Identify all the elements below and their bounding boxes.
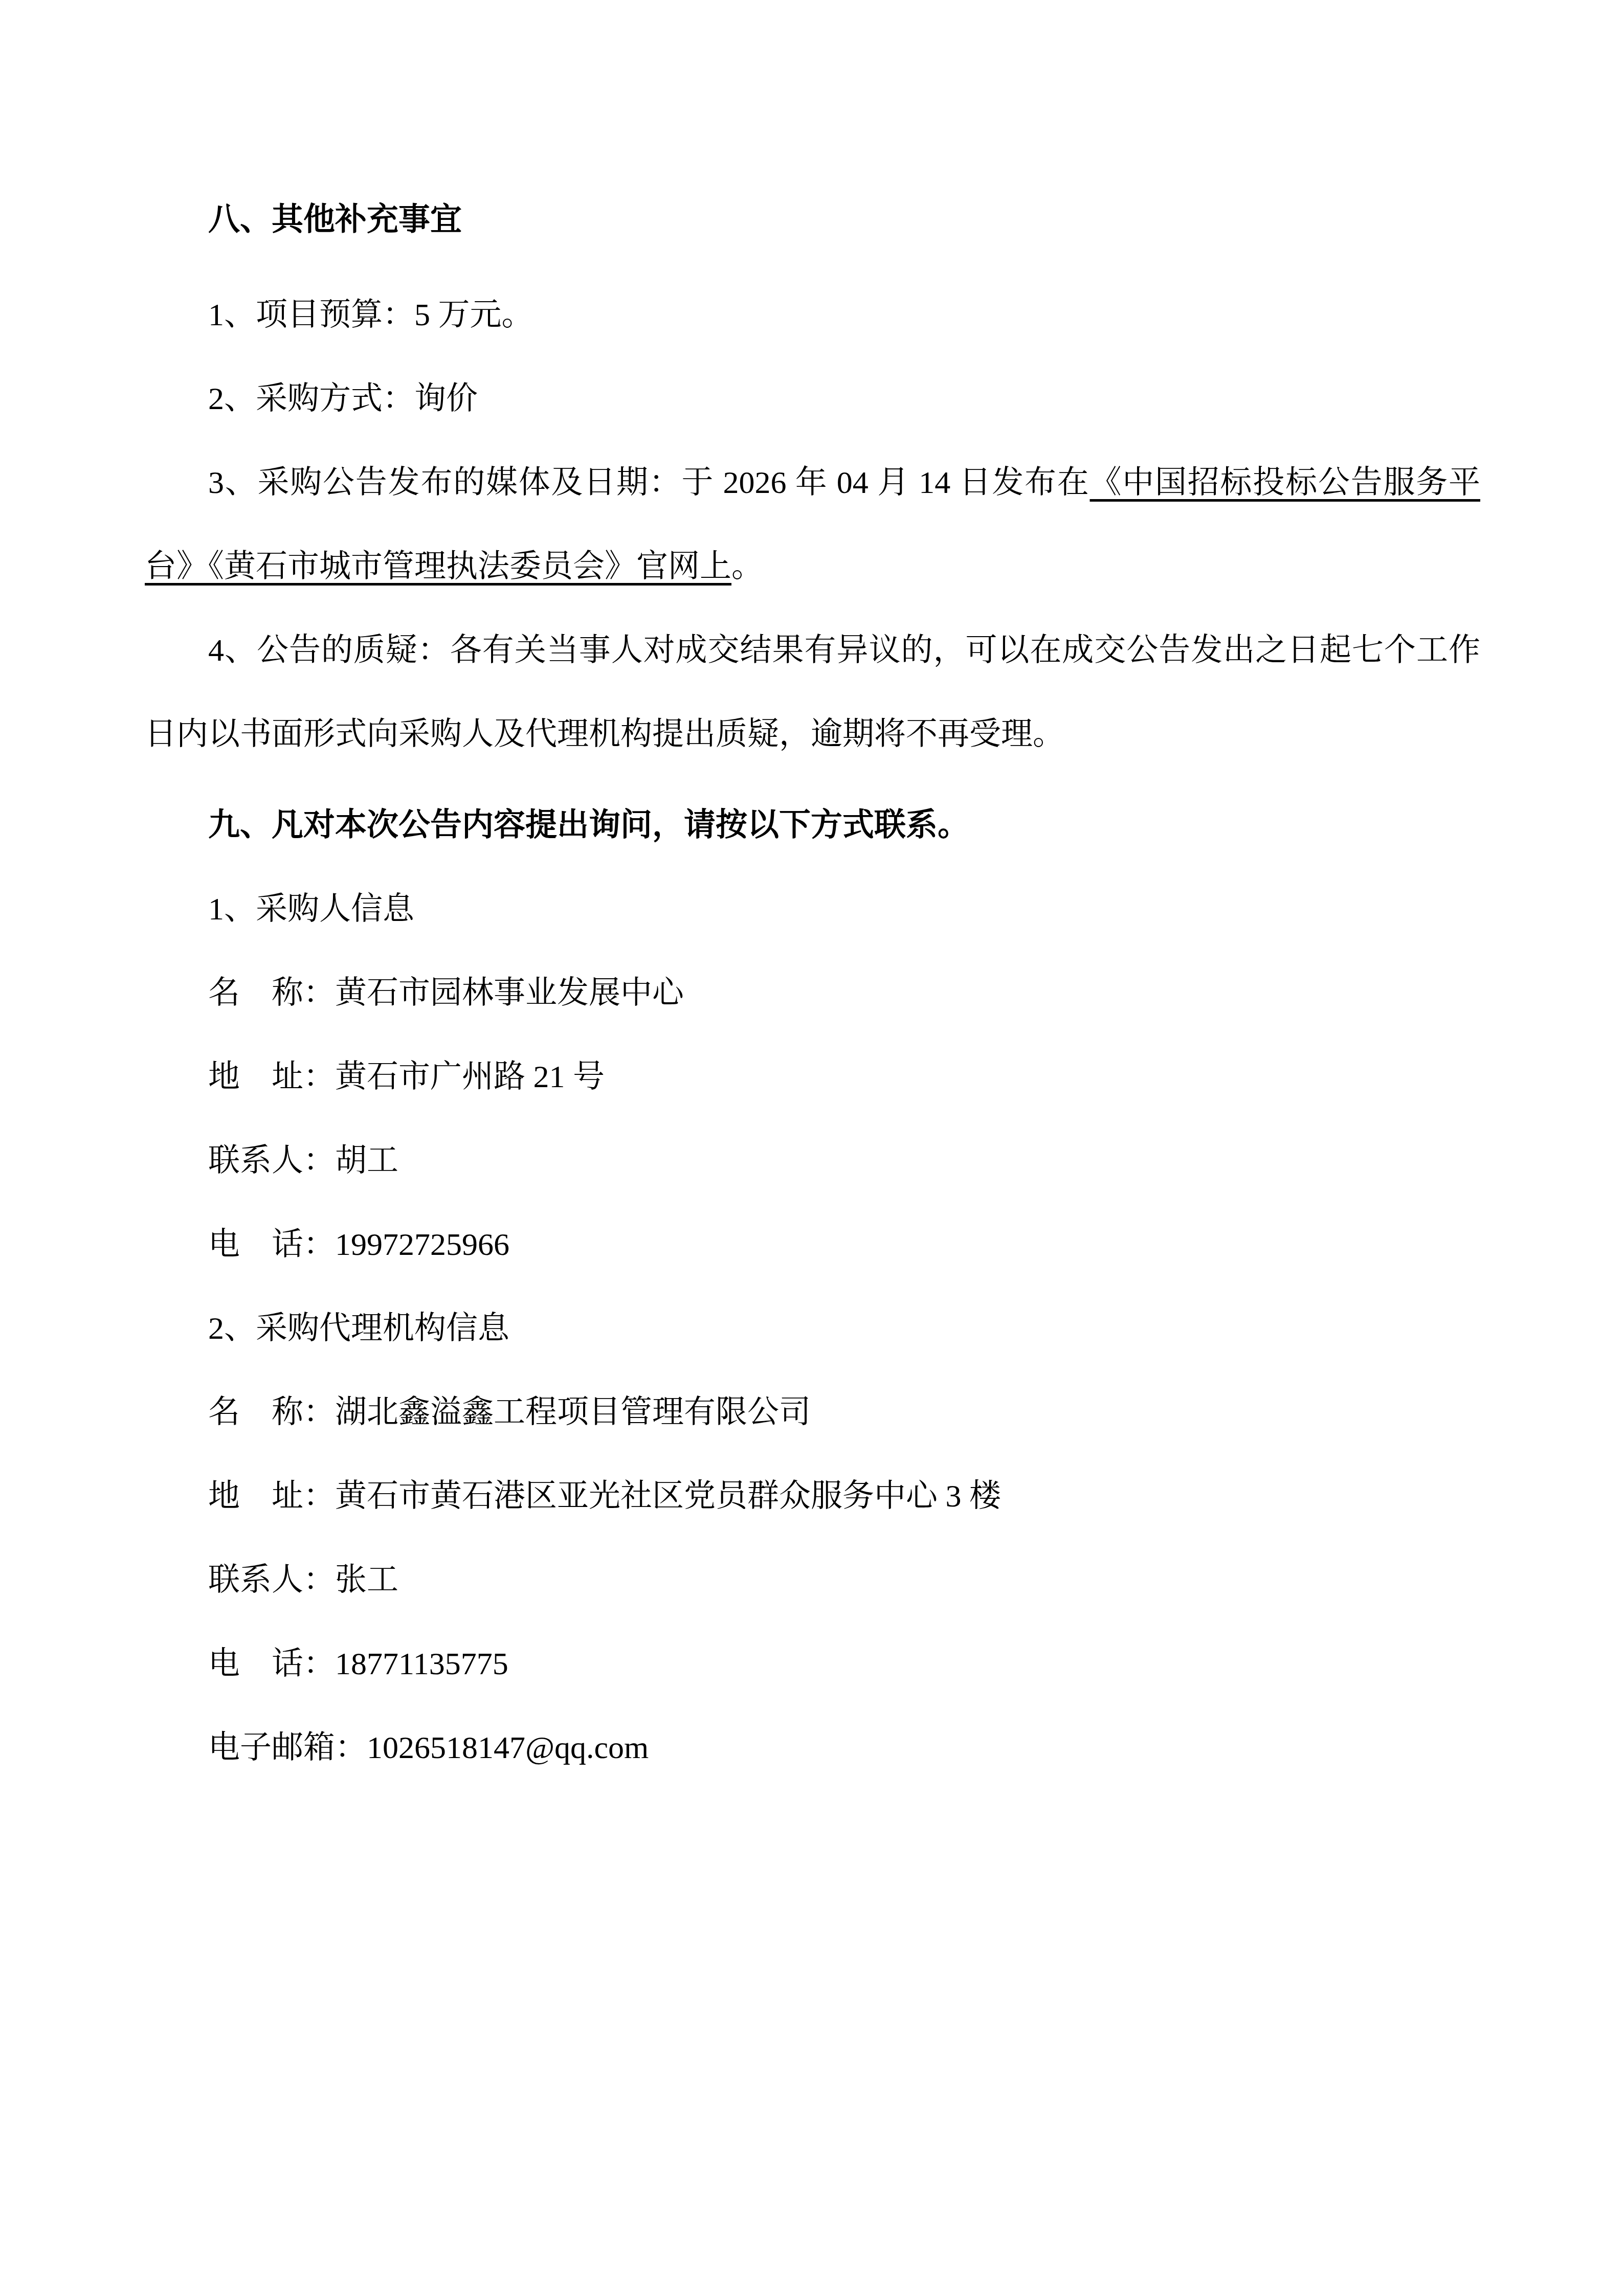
document-body: 八、其他补充事宜 1、项目预算：5 万元。 2、采购方式：询价 3、采购公告发布…	[0, 0, 1624, 1790]
agency-phone: 电 话：18771135775	[145, 1622, 1480, 1706]
purchaser-contact: 联系人：胡工	[145, 1119, 1480, 1203]
purchaser-phone: 电 话：19972725966	[145, 1203, 1480, 1287]
media-prefix-text: 3、采购公告发布的媒体及日期：于 2026 年 04 月 14 日发布在	[208, 465, 1090, 500]
media-paragraph: 3、采购公告发布的媒体及日期：于 2026 年 04 月 14 日发布在《中国招…	[145, 441, 1480, 609]
purchaser-address: 地 址：黄石市广州路 21 号	[145, 1035, 1480, 1119]
agency-info-title: 2、采购代理机构信息	[145, 1287, 1480, 1370]
method-paragraph: 2、采购方式：询价	[145, 357, 1480, 441]
agency-address: 地 址：黄石市黄石港区亚光社区党员群众服务中心 3 楼	[145, 1454, 1480, 1538]
section9-heading: 九、凡对本次公告内容提出询问，请按以下方式联系。	[145, 783, 1480, 867]
purchaser-info-title: 1、采购人信息	[145, 867, 1480, 951]
agency-contact: 联系人：张工	[145, 1538, 1480, 1622]
agency-name: 名 称：湖北鑫溢鑫工程项目管理有限公司	[145, 1370, 1480, 1454]
challenge-paragraph: 4、公告的质疑：各有关当事人对成交结果有异议的，可以在成交公告发出之日起七个工作…	[145, 609, 1480, 776]
agency-email: 电子邮箱：1026518147@qq.com	[145, 1706, 1480, 1790]
budget-paragraph: 1、项目预算：5 万元。	[145, 273, 1480, 357]
section8-heading: 八、其他补充事宜	[145, 178, 1480, 262]
purchaser-name: 名 称：黄石市园林事业发展中心	[145, 951, 1480, 1035]
media-suffix-text: 。	[731, 549, 763, 584]
document-page: 八、其他补充事宜 1、项目预算：5 万元。 2、采购方式：询价 3、采购公告发布…	[0, 0, 1624, 2296]
